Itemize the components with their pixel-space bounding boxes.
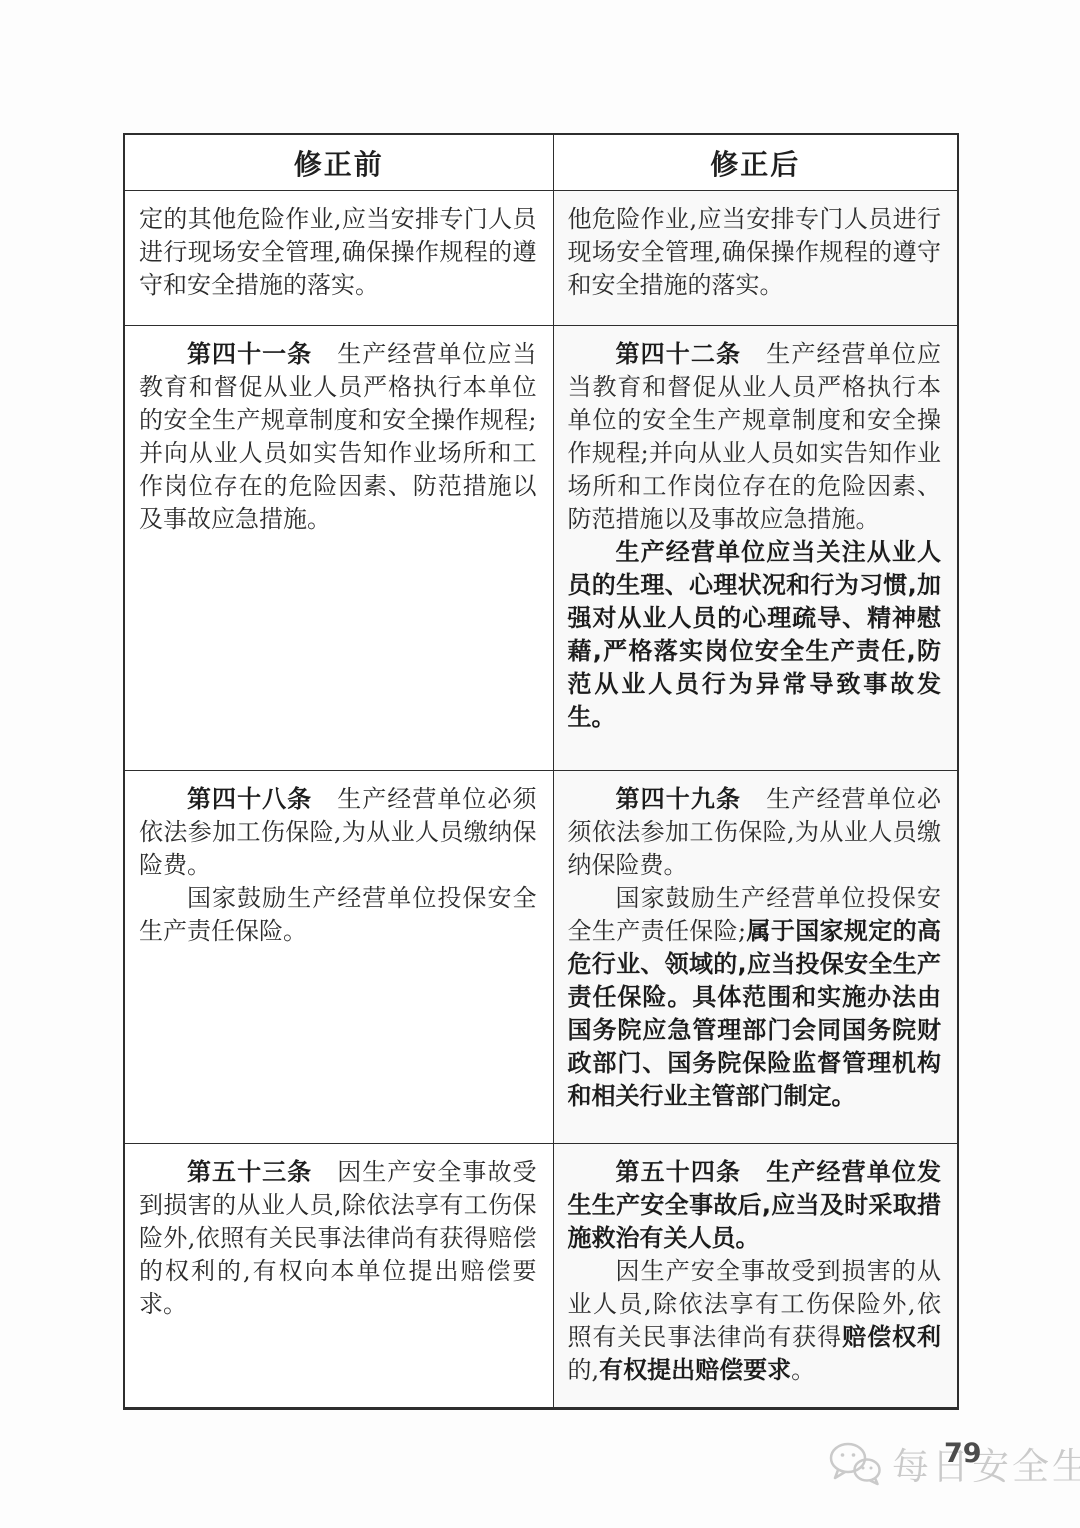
paragraph: 第四十九条 生产经营单位必须依法参加工伤保险,为从业人员缴纳保险费。 [568, 783, 942, 882]
paragraph: 国家鼓励生产经营单位投保安全生产责任保险;属于国家规定的高危行业、领域的,应当投… [568, 882, 942, 1113]
header-after: 修正后 [553, 134, 958, 191]
bold-text-segment: 第五十三条 [187, 1158, 337, 1186]
cell-before: 第四十一条 生产经营单位应当教育和督促从业人员严格执行本单位的安全生产规章制度和… [124, 326, 553, 771]
bold-text-segment: 有权提出赔偿要求 [599, 1356, 791, 1384]
table-row: 定的其他危险作业,应当安排专门人员进行现场安全管理,确保操作规程的遵守和安全措施… [124, 191, 958, 326]
table-row: 第五十三条 因生产安全事故受到损害的从业人员,除依法享有工伤保险外,依照有关民事… [124, 1144, 958, 1409]
paragraph: 第四十二条 生产经营单位应当教育和督促从业人员严格执行本单位的安全生产规章制度和… [568, 338, 942, 536]
bold-text-segment: 第四十九条 [616, 785, 767, 813]
wechat-icon [826, 1439, 882, 1487]
paragraph: 国家鼓励生产经营单位投保安全生产责任保险。 [139, 882, 537, 948]
comparison-table: 修正前 修正后 定的其他危险作业,应当安排专门人员进行现场安全管理,确保操作规程… [123, 133, 959, 1410]
paragraph: 第五十四条 生产经营单位发生生产安全事故后,应当及时采取措施救治有关人员。 [568, 1156, 942, 1255]
paragraph: 第五十三条 因生产安全事故受到损害的从业人员,除依法享有工伤保险外,依照有关民事… [139, 1156, 537, 1321]
document-page: 修正前 修正后 定的其他危险作业,应当安排专门人员进行现场安全管理,确保操作规程… [0, 0, 1080, 1528]
text-segment: 的, [568, 1356, 600, 1384]
paragraph: 他危险作业,应当安排专门人员进行现场安全管理,确保操作规程的遵守和安全措施的落实… [568, 203, 942, 302]
bold-text-segment: 属于国家规定的高危行业、领域的,应当投保安全生产责任保险。具体范围和实施办法由国… [568, 917, 942, 1110]
cell-before: 定的其他危险作业,应当安排专门人员进行现场安全管理,确保操作规程的遵守和安全措施… [124, 191, 553, 326]
bold-text-segment: 第五十四条 [616, 1158, 767, 1186]
page-number: 79 [944, 1438, 982, 1469]
bold-text-segment: 生产经营单位应当关注从业人员的生理、心理状况和行为习惯,加强对从业人员的心理疏导… [568, 538, 942, 731]
paragraph: 因生产安全事故受到损害的从业人员,除依法享有工伤保险外,依照有关民事法律尚有获得… [568, 1255, 942, 1387]
watermark-text: 每日安全生产 [892, 1436, 1080, 1490]
cell-after: 第五十四条 生产经营单位发生生产安全事故后,应当及时采取措施救治有关人员。因生产… [553, 1144, 958, 1409]
table-row: 第四十八条 生产经营单位必须依法参加工伤保险,为从业人员缴纳保险费。国家鼓励生产… [124, 771, 958, 1144]
header-row: 修正前 修正后 [124, 134, 958, 191]
text-segment: 生产经营单位应当教育和督促从业人员严格执行本单位的安全生产规章制度和安全操作规程… [139, 340, 537, 533]
text-segment: 定的其他危险作业,应当安排专门人员进行现场安全管理,确保操作规程的遵守和安全措施… [139, 205, 537, 299]
text-segment: 。 [791, 1356, 815, 1384]
table-row: 第四十一条 生产经营单位应当教育和督促从业人员严格执行本单位的安全生产规章制度和… [124, 326, 958, 771]
text-segment: 生产经营单位应当教育和督促从业人员严格执行本单位的安全生产规章制度和安全操作规程… [568, 340, 942, 533]
comparison-table-body: 定的其他危险作业,应当安排专门人员进行现场安全管理,确保操作规程的遵守和安全措施… [124, 191, 958, 1409]
cell-after: 第四十九条 生产经营单位必须依法参加工伤保险,为从业人员缴纳保险费。国家鼓励生产… [553, 771, 958, 1144]
bold-text-segment: 第四十八条 [187, 785, 337, 813]
bold-text-segment: 第四十二条 [616, 340, 767, 368]
paragraph: 定的其他危险作业,应当安排专门人员进行现场安全管理,确保操作规程的遵守和安全措施… [139, 203, 537, 302]
text-segment: 国家鼓励生产经营单位投保安全生产责任保险。 [139, 884, 537, 945]
text-segment: 他危险作业,应当安排专门人员进行现场安全管理,确保操作规程的遵守和安全措施的落实… [568, 205, 942, 299]
paragraph: 生产经营单位应当关注从业人员的生理、心理状况和行为习惯,加强对从业人员的心理疏导… [568, 536, 942, 734]
cell-before: 第四十八条 生产经营单位必须依法参加工伤保险,为从业人员缴纳保险费。国家鼓励生产… [124, 771, 553, 1144]
bold-text-segment: 第四十一条 [187, 340, 337, 368]
header-before: 修正前 [124, 134, 553, 191]
cell-before: 第五十三条 因生产安全事故受到损害的从业人员,除依法享有工伤保险外,依照有关民事… [124, 1144, 553, 1409]
paragraph: 第四十八条 生产经营单位必须依法参加工伤保险,为从业人员缴纳保险费。 [139, 783, 537, 882]
bold-text-segment: 赔偿权利 [842, 1323, 941, 1351]
paragraph: 第四十一条 生产经营单位应当教育和督促从业人员严格执行本单位的安全生产规章制度和… [139, 338, 537, 536]
cell-after: 他危险作业,应当安排专门人员进行现场安全管理,确保操作规程的遵守和安全措施的落实… [553, 191, 958, 326]
cell-after: 第四十二条 生产经营单位应当教育和督促从业人员严格执行本单位的安全生产规章制度和… [553, 326, 958, 771]
comparison-table-header: 修正前 修正后 [124, 134, 958, 191]
